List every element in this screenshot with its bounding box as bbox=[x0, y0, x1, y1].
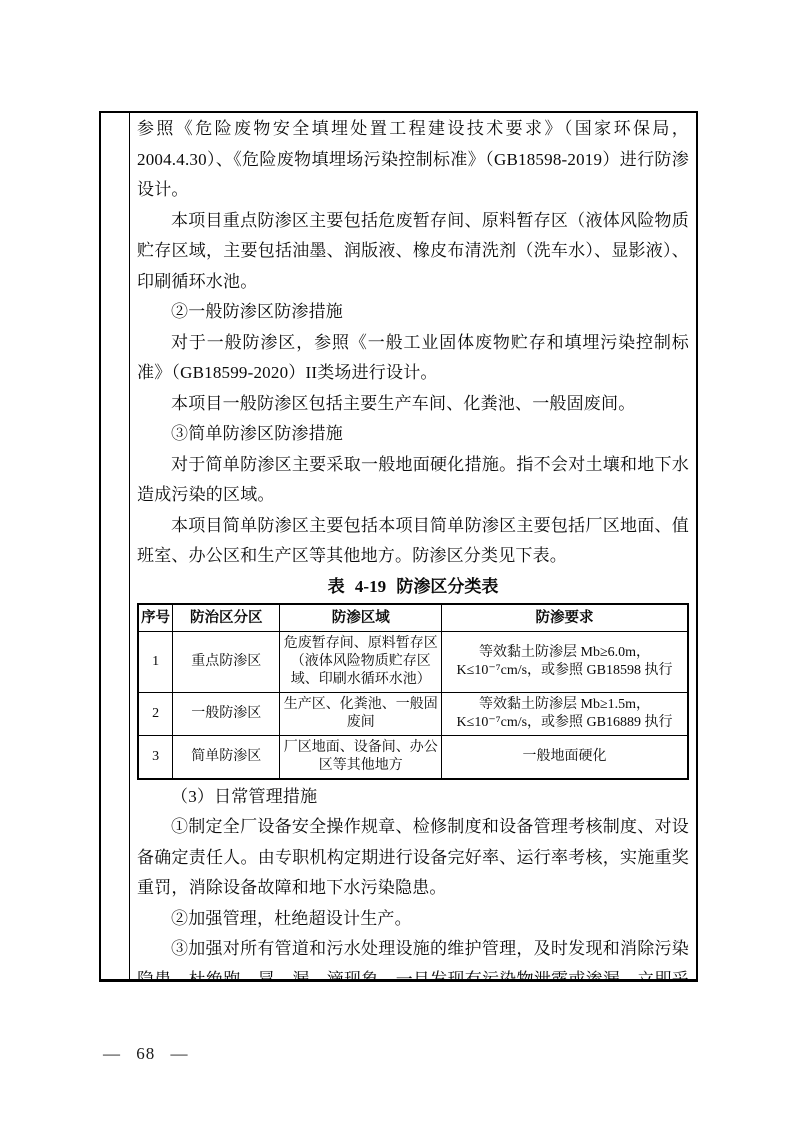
column-header-requirement: 防渗要求 bbox=[442, 604, 688, 632]
table-4-19-caption: 表 4-19 防渗区分类表 bbox=[137, 572, 689, 602]
body-paragraph: 本项目简单防渗区主要包括本项目简单防渗区主要包括厂区地面、值班室、办公区和生产区… bbox=[137, 511, 689, 572]
cell-area: 生产区、化粪池、一般固废间 bbox=[280, 692, 442, 735]
body-paragraph: ②一般防渗区防渗措施 bbox=[137, 297, 689, 328]
cell-area: 危废暂存间、原料暂存区（液体风险物质贮存区域、印刷水循环水池） bbox=[280, 631, 442, 692]
seepage-zone-classification-table: 序号 防治区分区 防渗区域 防渗要求 1 重点防渗区 危废暂存间、原料暂存区（液… bbox=[137, 603, 689, 780]
cell-requirement: 一般地面硬化 bbox=[442, 735, 688, 779]
table-row: 1 重点防渗区 危废暂存间、原料暂存区（液体风险物质贮存区域、印刷水循环水池） … bbox=[138, 631, 688, 692]
cell-zone: 重点防渗区 bbox=[173, 631, 280, 692]
left-margin-cell bbox=[101, 113, 130, 979]
body-paragraph: 对于一般防渗区，参照《一般工业固体废物贮存和填埋污染控制标准》（GB18599-… bbox=[137, 328, 689, 389]
body-paragraph: ③加强对所有管道和污水处理设施的维护管理，及时发现和消除污染隐患，杜绝跑、冒、漏… bbox=[137, 934, 689, 979]
body-paragraph: ②加强管理，杜绝超设计生产。 bbox=[137, 904, 689, 935]
cell-zone: 一般防渗区 bbox=[173, 692, 280, 735]
page-footer: — 68 — bbox=[103, 1044, 189, 1064]
content-frame: 参照《危险废物安全填埋处置工程建设技术要求》（国家环保局，2004.4.30）、… bbox=[99, 111, 698, 982]
body-paragraph: （3）日常管理措施 bbox=[137, 782, 689, 813]
body-paragraph: ③简单防渗区防渗措施 bbox=[137, 419, 689, 450]
body-paragraph: 本项目一般防渗区包括主要生产车间、化粪池、一般固废间。 bbox=[137, 389, 689, 420]
cell-no: 1 bbox=[138, 631, 173, 692]
cell-zone: 简单防渗区 bbox=[173, 735, 280, 779]
body-paragraph: ①制定全厂设备安全操作规章、检修制度和设备管理考核制度、对设备确定责任人。由专职… bbox=[137, 812, 689, 904]
cell-no: 2 bbox=[138, 692, 173, 735]
column-header-zone: 防治区分区 bbox=[173, 604, 280, 632]
document-page: 参照《危险废物安全填埋处置工程建设技术要求》（国家环保局，2004.4.30）、… bbox=[0, 0, 793, 1122]
body-paragraph: 本项目重点防渗区主要包括危废暂存间、原料暂存区（液体风险物质贮存区域，主要包括油… bbox=[137, 206, 689, 298]
cell-no: 3 bbox=[138, 735, 173, 779]
body-paragraph: 参照《危险废物安全填埋处置工程建设技术要求》（国家环保局，2004.4.30）、… bbox=[137, 114, 689, 206]
cell-area: 厂区地面、设备间、办公区等其他地方 bbox=[280, 735, 442, 779]
page-number: — 68 — bbox=[103, 1044, 189, 1063]
content-cell: 参照《危险废物安全填埋处置工程建设技术要求》（国家环保局，2004.4.30）、… bbox=[130, 113, 696, 979]
column-header-area: 防渗区域 bbox=[280, 604, 442, 632]
column-header-no: 序号 bbox=[138, 604, 173, 632]
body-paragraph: 对于简单防渗区主要采取一般地面硬化措施。指不会对土壤和地下水造成污染的区域。 bbox=[137, 450, 689, 511]
table-row: 2 一般防渗区 生产区、化粪池、一般固废间 等效黏土防渗层 Mb≥1.5m，K≤… bbox=[138, 692, 688, 735]
table-row: 3 简单防渗区 厂区地面、设备间、办公区等其他地方 一般地面硬化 bbox=[138, 735, 688, 779]
cell-requirement: 等效黏土防渗层 Mb≥1.5m，K≤10⁻⁷cm/s，或参照 GB16889 执… bbox=[442, 692, 688, 735]
table-header-row: 序号 防治区分区 防渗区域 防渗要求 bbox=[138, 604, 688, 632]
cell-requirement: 等效黏土防渗层 Mb≥6.0m，K≤10⁻⁷cm/s，或参照 GB18598 执… bbox=[442, 631, 688, 692]
